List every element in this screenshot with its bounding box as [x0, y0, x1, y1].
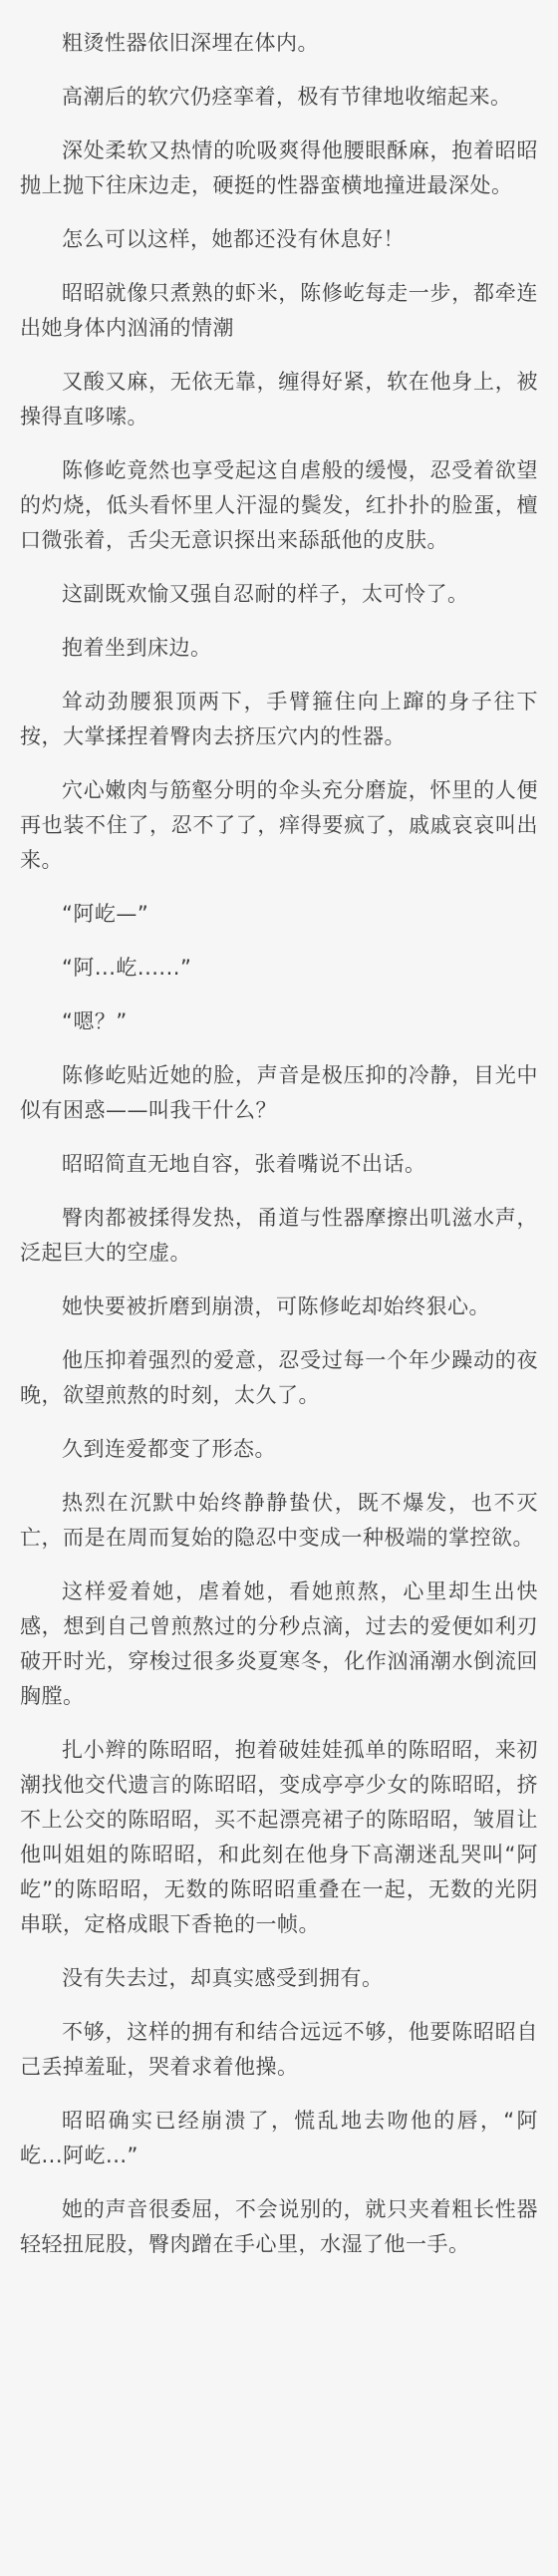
paragraph: “嗯？” — [20, 1004, 538, 1039]
paragraph: 又酸又麻，无依无靠，缠得好紧，软在他身上，被操得直哆嗦。 — [20, 365, 538, 434]
paragraph: 陈修屹贴近她的脸，声音是极压抑的冷静，目光中似有困惑——叫我干什么？ — [20, 1058, 538, 1128]
paragraph: 不够，这样的拥有和结合远远不够，他要陈昭昭自己丢掉羞耻，哭着求着他操。 — [20, 2015, 538, 2085]
paragraph: 抱着坐到床边。 — [20, 631, 538, 666]
paragraph: 扎小辫的陈昭昭，抱着破娃娃孤单的陈昭昭，来初潮找他交代遗言的陈昭昭，变成亭亭少女… — [20, 1733, 538, 1942]
paragraph: 这样爱着她，虐着她，看她煎熬，心里却生出快感，想到自己曾煎熬过的分秒点滴，过去的… — [20, 1574, 538, 1714]
paragraph: 怎么可以这样，她都还没有休息好！ — [20, 222, 538, 257]
novel-text: 粗烫性器依旧深埋在体内。高潮后的软穴仍痉挛着，极有节律地收缩起来。深处柔软又热情… — [20, 26, 538, 2262]
paragraph: 昭昭就像只煮熟的虾米，陈修屹每走一步，都牵连出她身体内汹涌的情潮 — [20, 276, 538, 346]
paragraph: 她快要被折磨到崩溃，可陈修屹却始终狠心。 — [20, 1289, 538, 1324]
paragraph: 这副既欢愉又强自忍耐的样子，太可怜了。 — [20, 577, 538, 612]
paragraph: 穴心嫩肉与筋壑分明的伞头充分磨旋，怀里的人便再也装不住了，忍不了了，痒得要疯了，… — [20, 773, 538, 878]
paragraph: 没有失去过，却真实感受到拥有。 — [20, 1961, 538, 1996]
paragraph: 深处柔软又热情的吮吸爽得他腰眼酥麻，抱着昭昭抛上抛下往床边走，硬挺的性器蛮横地撞… — [20, 134, 538, 203]
paragraph: “阿...屹......” — [20, 951, 538, 986]
paragraph: 耸动劲腰狠顶两下，手臂箍住向上蹿的身子往下按，大掌揉捏着臀肉去挤压穴内的性器。 — [20, 685, 538, 754]
paragraph: “阿屹—” — [20, 897, 538, 932]
paragraph: 昭昭简直无地自容，张着嘴说不出话。 — [20, 1147, 538, 1182]
paragraph: 臀肉都被揉得发热，甬道与性器摩擦出叽滋水声，泛起巨大的空虚。 — [20, 1201, 538, 1271]
paragraph: 粗烫性器依旧深埋在体内。 — [20, 26, 538, 61]
paragraph: 昭昭确实已经崩溃了，慌乱地去吻他的唇，“阿屹...阿屹...” — [20, 2104, 538, 2173]
paragraph: 高潮后的软穴仍痉挛着，极有节律地收缩起来。 — [20, 80, 538, 115]
reader-page: 粗烫性器依旧深埋在体内。高潮后的软穴仍痉挛着，极有节律地收缩起来。深处柔软又热情… — [0, 0, 558, 2576]
paragraph: 她的声音很委屈，不会说别的，就只夹着粗长性器轻轻扭屁股，臀肉蹭在手心里，水湿了他… — [20, 2192, 538, 2262]
paragraph: 久到连爱都变了形态。 — [20, 1432, 538, 1467]
paragraph: 热烈在沉默中始终静静蛰伏，既不爆发，也不灭亡，而是在周而复始的隐忍中变成一种极端… — [20, 1486, 538, 1556]
paragraph: 陈修屹竟然也享受起这自虐般的缓慢，忍受着欲望的灼烧，低头看怀里人汗湿的鬓发，红扑… — [20, 453, 538, 558]
paragraph: 他压抑着强烈的爱意，忍受过每一个年少躁动的夜晚，欲望煎熬的时刻，太久了。 — [20, 1343, 538, 1413]
